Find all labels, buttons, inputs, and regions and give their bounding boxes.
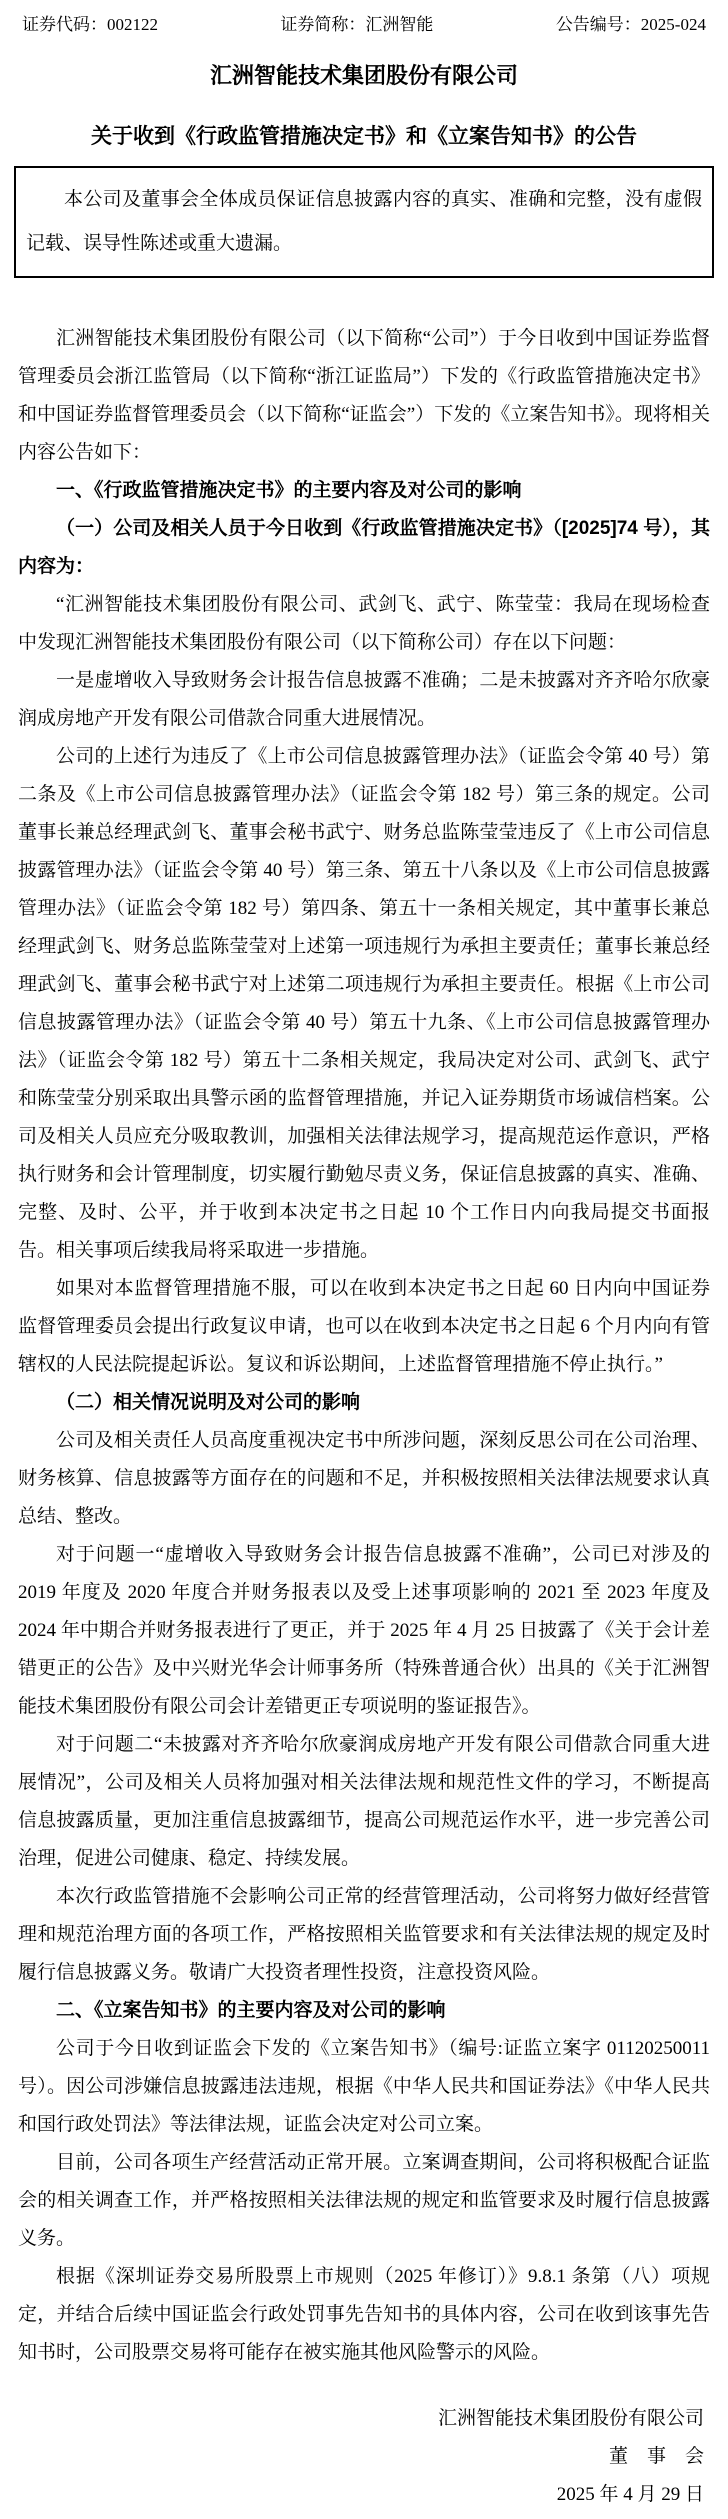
stock-short-name: 证券简称：汇洲智能 [280,10,433,35]
disclaimer-text: 本公司及董事会全体成员保证信息披露内容的真实、准确和完整，没有虚假记载、误导性陈… [26,178,702,266]
stock-code: 证券代码：002122 [22,10,158,35]
intro-paragraph: 汇洲智能技术集团股份有限公司（以下简称“公司”）于今日收到中国证券监督管理委员会… [18,320,710,472]
section2-paragraph: 根据《深圳证券交易所股票上市规则（2025 年修订）》9.8.1 条第（八）项规… [18,2258,710,2372]
section1-sub2-heading: （二）相关情况说明及对公司的影响 [18,1384,710,1422]
section2-paragraph: 目前，公司各项生产经营活动正常开展。立案调查期间，公司将积极配合证监会的相关调查… [18,2144,710,2258]
disclaimer-box: 本公司及董事会全体成员保证信息披露内容的真实、准确和完整，没有虚假记载、误导性陈… [14,166,714,278]
section1-sub2-paragraph: 本次行政监管措施不会影响公司正常的经营管理活动，公司将努力做好经营管理和规范治理… [18,1878,710,1992]
document-header: 证券代码：002122 证券简称：汇洲智能 公告编号：2025-024 [18,8,710,35]
signature-board: 董 事 会 [18,2438,704,2476]
section1-sub2-paragraph: 对于问题二“未披露对齐齐哈尔欣豪润成房地产开发有限公司借款合同重大进展情况”，公… [18,1726,710,1878]
announcement-title: 关于收到《行政监管措施决定书》和《立案告知书》的公告 [18,120,710,150]
section1-heading: 一、《行政监管措施决定书》的主要内容及对公司的影响 [18,472,710,510]
section1-sub1-paragraph: 如果对本监督管理措施不服，可以在收到本决定书之日起 60 日内向中国证券监督管理… [18,1270,710,1384]
document-body: 汇洲智能技术集团股份有限公司（以下简称“公司”）于今日收到中国证券监督管理委员会… [18,320,710,2372]
announcement-number: 公告编号：2025-024 [556,10,706,35]
section1-sub2-paragraph: 公司及相关责任人员高度重视决定书中所涉问题，深刻反思公司在公司治理、财务核算、信… [18,1422,710,1536]
section1-sub1-heading: （一）公司及相关人员于今日收到《行政监管措施决定书》（[2025]74 号），其… [18,510,710,586]
section1-sub1-paragraph: 公司的上述行为违反了《上市公司信息披露管理办法》（证监会令第 40 号）第二条及… [18,738,710,1270]
signature-block: 汇洲智能技术集团股份有限公司 董 事 会 2025 年 4 月 29 日 [18,2400,710,2514]
announcement-page: 证券代码：002122 证券简称：汇洲智能 公告编号：2025-024 汇洲智能… [0,0,728,2519]
signature-date: 2025 年 4 月 29 日 [18,2476,704,2514]
company-title: 汇洲智能技术集团股份有限公司 [18,59,710,90]
section2-paragraph: 公司于今日收到证监会下发的《立案告知书》（编号:证监立案字 0112025001… [18,2030,710,2144]
section1-sub2-paragraph: 对于问题一“虚增收入导致财务会计报告信息披露不准确”，公司已对涉及的 2019 … [18,1536,710,1726]
signature-company: 汇洲智能技术集团股份有限公司 [18,2400,704,2438]
section1-sub1-paragraph: “汇洲智能技术集团股份有限公司、武剑飞、武宁、陈莹莹：我局在现场检查中发现汇洲智… [18,586,710,662]
section2-heading: 二、《立案告知书》的主要内容及对公司的影响 [18,1992,710,2030]
section1-sub1-paragraph: 一是虚增收入导致财务会计报告信息披露不准确；二是未披露对齐齐哈尔欣豪润成房地产开… [18,662,710,738]
